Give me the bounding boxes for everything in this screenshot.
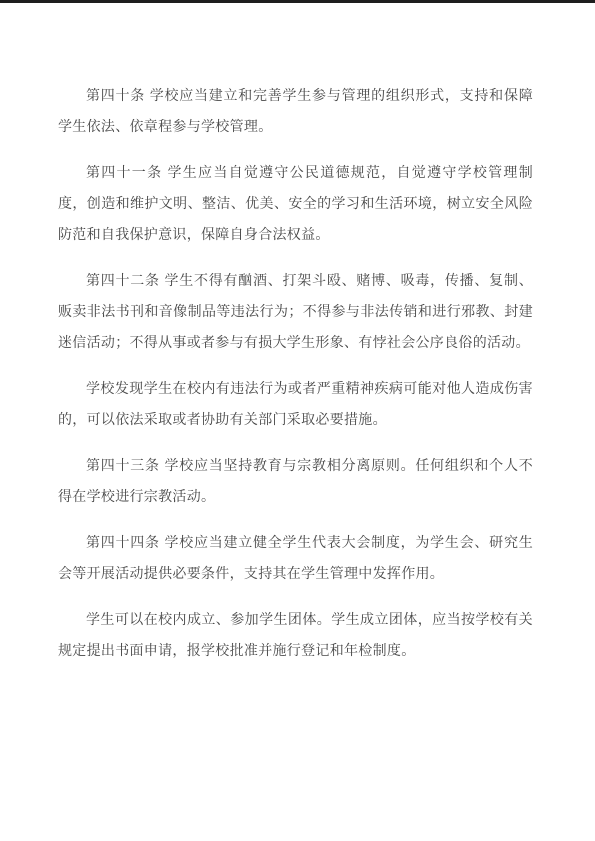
paragraph-article-42-supplement: 学校发现学生在校内有违法行为或者严重精神疾病可能对他人造成伤害的，可以依法采取或… xyxy=(58,373,533,435)
paragraph-article-44: 第四十四条 学校应当建立健全学生代表大会制度，为学生会、研究生会等开展活动提供必… xyxy=(58,527,533,589)
paragraph-article-42: 第四十二条 学生不得有酗酒、打架斗殴、赌博、吸毒，传播、复制、贩卖非法书刊和音像… xyxy=(58,265,533,358)
paragraph-article-43: 第四十三条 学校应当坚持教育与宗教相分离原则。任何组织和个人不得在学校进行宗教活… xyxy=(58,450,533,512)
paragraph-article-40: 第四十条 学校应当建立和完善学生参与管理的组织形式，支持和保障学生依法、依章程参… xyxy=(58,80,533,142)
paragraph-article-41: 第四十一条 学生应当自觉遵守公民道德规范，自觉遵守学校管理制度，创造和维护文明、… xyxy=(58,157,533,250)
paragraph-article-44-supplement: 学生可以在校内成立、参加学生团体。学生成立团体，应当按学校有关规定提出书面申请，… xyxy=(58,604,533,666)
top-border-bar xyxy=(0,0,595,3)
document-page: 第四十条 学校应当建立和完善学生参与管理的组织形式，支持和保障学生依法、依章程参… xyxy=(0,0,595,666)
